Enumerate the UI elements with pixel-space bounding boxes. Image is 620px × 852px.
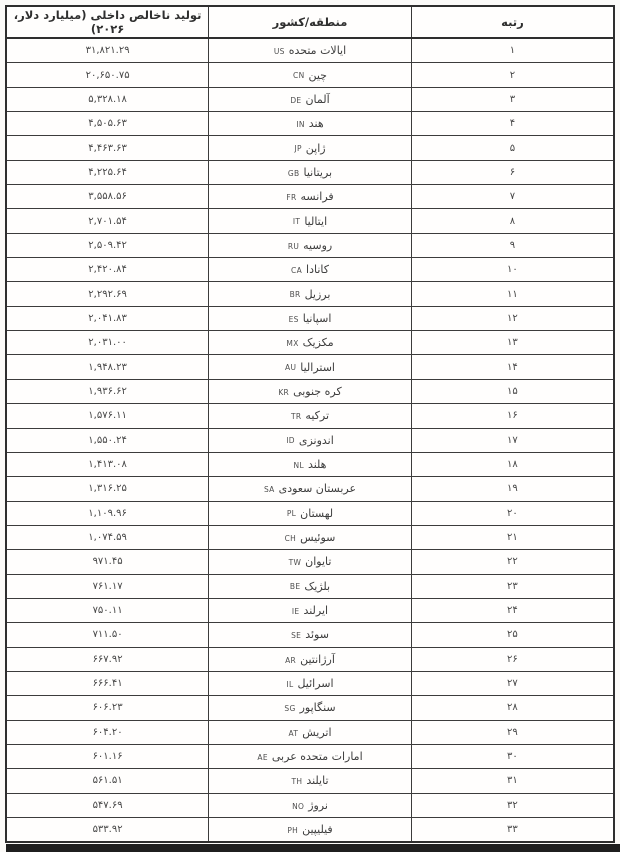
country-code: PL (287, 508, 296, 518)
gdp-value-cell: ۷۵۰.۱۱ (6, 598, 209, 622)
country-wrap: NOنروژ (211, 799, 409, 812)
country-cell: ATاتریش (209, 720, 412, 744)
header-row: رتبه منطقه/کشور تولید ناخالص داخلی (میلی… (6, 6, 614, 38)
table-row: ۳DEآلمان۵,۳۲۸.۱۸ (6, 87, 614, 111)
country-name: تایلند (306, 774, 328, 787)
country-code: MX (286, 338, 298, 348)
rank-cell: ۱۱ (411, 282, 614, 306)
gdp-value-cell: ۶۶۶.۴۱ (6, 671, 209, 695)
country-name: لهستان (300, 507, 333, 520)
country-cell: INهند (209, 112, 412, 136)
gdp-value-cell: ۲,۲۹۲.۶۹ (6, 282, 209, 306)
country-cell: IEایرلند (209, 598, 412, 622)
country-name: نروژ (308, 799, 328, 812)
country-wrap: THتایلند (211, 774, 409, 787)
rank-cell: ۲۵ (411, 623, 614, 647)
country-code: JP (294, 143, 301, 153)
rank-cell: ۳۱ (411, 769, 614, 793)
country-code: GB (288, 168, 300, 178)
gdp-value-cell: ۱,۱۰۹.۹۶ (6, 501, 209, 525)
country-cell: AEامارات متحده عربی (209, 744, 412, 768)
table-row: ۶GBبریتانیا۴,۲۲۵.۶۴ (6, 160, 614, 184)
country-code: CN (293, 70, 304, 80)
country-code: PH (287, 825, 298, 835)
country-name: ایرلند (303, 604, 328, 617)
gdp-value-cell: ۵۳۳.۹۲ (6, 818, 209, 843)
gdp-value-cell: ۶۰۶.۲۳ (6, 696, 209, 720)
table-row: ۱۹SAعربستان سعودی۱,۳۱۶.۲۵ (6, 477, 614, 501)
gdp-value-cell: ۲,۰۳۱.۰۰ (6, 331, 209, 355)
table-row: ۹RUروسیه۲,۵۰۹.۴۲ (6, 233, 614, 257)
country-code: NL (294, 460, 304, 470)
country-cell: ARآرژانتین (209, 647, 412, 671)
country-wrap: CNچین (211, 69, 409, 82)
rank-cell: ۲۲ (411, 550, 614, 574)
country-name: ترکیه (305, 409, 329, 422)
rank-cell: ۴ (411, 112, 614, 136)
table-row: ۱۷IDاندونزی۱,۵۵۰.۲۴ (6, 428, 614, 452)
table-row: ۲۷ILاسرائیل۶۶۶.۴۱ (6, 671, 614, 695)
header-gdp: تولید ناخالص داخلی (میلیارد دلار، ۲۰۲۶) (6, 6, 209, 38)
country-cell: CAکانادا (209, 258, 412, 282)
country-cell: CNچین (209, 63, 412, 87)
rank-cell: ۷ (411, 185, 614, 209)
country-cell: BEبلژیک (209, 574, 412, 598)
country-code: TH (291, 776, 302, 786)
gdp-value-cell: ۲۰,۶۵۰.۷۵ (6, 63, 209, 87)
country-name: اسپانیا (303, 312, 332, 325)
table-row: ۵JPژاپن۴,۴۶۳.۶۳ (6, 136, 614, 160)
table-row: ۱۲ESاسپانیا۲,۰۴۱.۸۳ (6, 306, 614, 330)
country-wrap: TRترکیه (211, 409, 409, 422)
country-wrap: ITایتالیا (211, 215, 409, 228)
country-wrap: FRفرانسه (211, 190, 409, 203)
country-wrap: ESاسپانیا (211, 312, 409, 325)
table-row: ۱۱BRبرزیل۲,۲۹۲.۶۹ (6, 282, 614, 306)
table-row: ۱۳MXمکزیک۲,۰۳۱.۰۰ (6, 331, 614, 355)
country-cell: KRکره جنوبی (209, 379, 412, 403)
rank-cell: ۹ (411, 233, 614, 257)
gdp-value-cell: ۱,۴۱۳.۰۸ (6, 452, 209, 476)
table-row: ۳۰AEامارات متحده عربی۶۰۱.۱۶ (6, 744, 614, 768)
country-wrap: ARآرژانتین (211, 653, 409, 666)
table-row: ۲۸SGسنگاپور۶۰۶.۲۳ (6, 696, 614, 720)
header-rank: رتبه (411, 6, 614, 38)
country-name: امارات متحده عربی (272, 750, 363, 763)
country-cell: TWتایوان (209, 550, 412, 574)
country-name: سوئد (305, 628, 329, 641)
country-wrap: AEامارات متحده عربی (211, 750, 409, 763)
country-wrap: NLهلند (211, 458, 409, 471)
country-code: AE (257, 752, 267, 762)
country-wrap: MXمکزیک (211, 336, 409, 349)
country-cell: DEآلمان (209, 87, 412, 111)
country-name: چین (308, 69, 327, 82)
country-wrap: CHسوئیس (211, 531, 409, 544)
rank-cell: ۲ (411, 63, 614, 87)
gdp-ranking-table: رتبه منطقه/کشور تولید ناخالص داخلی (میلی… (5, 5, 615, 843)
rank-cell: ۳۲ (411, 793, 614, 817)
country-name: ژاپن (306, 142, 326, 155)
country-cell: SAعربستان سعودی (209, 477, 412, 501)
table-row: ۳۲NOنروژ۵۴۷.۶۹ (6, 793, 614, 817)
rank-cell: ۱۸ (411, 452, 614, 476)
country-name: مکزیک (303, 336, 334, 349)
country-code: IT (293, 216, 300, 226)
country-code: TR (291, 411, 301, 421)
country-code: SA (264, 484, 275, 494)
rank-cell: ۱۴ (411, 355, 614, 379)
header-country: منطقه/کشور (209, 6, 412, 38)
country-cell: IDاندونزی (209, 428, 412, 452)
gdp-value-cell: ۱,۰۷۴.۵۹ (6, 525, 209, 549)
country-cell: NOنروژ (209, 793, 412, 817)
country-code: ID (286, 435, 295, 445)
table-row: ۲۳BEبلژیک۷۶۱.۱۷ (6, 574, 614, 598)
country-cell: USایالات متحده (209, 38, 412, 63)
rank-cell: ۵ (411, 136, 614, 160)
country-code: KR (278, 387, 289, 397)
rank-cell: ۲۷ (411, 671, 614, 695)
table-row: ۲۵SEسوئد۷۱۱.۵۰ (6, 623, 614, 647)
table-body: ۱USایالات متحده۳۱,۸۲۱.۲۹۲CNچین۲۰,۶۵۰.۷۵۳… (6, 38, 614, 842)
table-row: ۱۴AUاسترالیا۱,۹۴۸.۲۳ (6, 355, 614, 379)
rank-cell: ۲۰ (411, 501, 614, 525)
gdp-value-cell: ۱,۳۱۶.۲۵ (6, 477, 209, 501)
country-name: ایتالیا (304, 215, 327, 228)
rank-cell: ۳۰ (411, 744, 614, 768)
gdp-value-cell: ۶۰۱.۱۶ (6, 744, 209, 768)
country-code: SG (284, 703, 295, 713)
country-wrap: CAکانادا (211, 263, 409, 276)
country-cell: RUروسیه (209, 233, 412, 257)
gdp-value-cell: ۷۶۱.۱۷ (6, 574, 209, 598)
country-code: ES (289, 314, 299, 324)
rank-cell: ۲۱ (411, 525, 614, 549)
table-row: ۳۳PHفیلیپین۵۳۳.۹۲ (6, 818, 614, 843)
country-name: اتریش (302, 726, 331, 739)
rank-cell: ۲۸ (411, 696, 614, 720)
country-name: بلژیک (304, 580, 330, 593)
country-cell: PLلهستان (209, 501, 412, 525)
country-cell: SGسنگاپور (209, 696, 412, 720)
country-wrap: PLلهستان (211, 507, 409, 520)
country-code: BR (290, 289, 301, 299)
country-code: CA (291, 265, 302, 275)
gdp-value-cell: ۶۶۷.۹۲ (6, 647, 209, 671)
country-cell: BRبرزیل (209, 282, 412, 306)
country-code: BE (290, 581, 300, 591)
country-cell: GBبریتانیا (209, 160, 412, 184)
gdp-value-cell: ۹۷۱.۴۵ (6, 550, 209, 574)
gdp-value-cell: ۲,۵۰۹.۴۲ (6, 233, 209, 257)
country-cell: JPژاپن (209, 136, 412, 160)
country-name: اندونزی (299, 434, 334, 447)
country-name: اسرائیل (297, 677, 333, 690)
country-code: NO (292, 801, 304, 811)
table-row: ۲۱CHسوئیس۱,۰۷۴.۵۹ (6, 525, 614, 549)
country-name: سنگاپور (300, 701, 336, 714)
table-row: ۲۴IEایرلند۷۵۰.۱۱ (6, 598, 614, 622)
country-cell: AUاسترالیا (209, 355, 412, 379)
table-header: رتبه منطقه/کشور تولید ناخالص داخلی (میلی… (6, 6, 614, 38)
country-wrap: PHفیلیپین (211, 823, 409, 836)
rank-cell: ۱۲ (411, 306, 614, 330)
country-name: بریتانیا (303, 166, 332, 179)
country-wrap: BRبرزیل (211, 288, 409, 301)
country-wrap: DEآلمان (211, 93, 409, 106)
gdp-value-cell: ۱,۵۷۶.۱۱ (6, 404, 209, 428)
gdp-value-cell: ۴,۲۲۵.۶۴ (6, 160, 209, 184)
country-code: IE (292, 606, 300, 616)
gdp-value-cell: ۱,۹۴۸.۲۳ (6, 355, 209, 379)
gdp-value-cell: ۱,۹۳۶.۶۲ (6, 379, 209, 403)
country-cell: TRترکیه (209, 404, 412, 428)
country-code: AU (285, 362, 296, 372)
country-code: US (274, 46, 285, 56)
rank-cell: ۱۶ (411, 404, 614, 428)
table-row: ۷FRفرانسه۳,۵۵۸.۵۶ (6, 185, 614, 209)
table-row: ۱۸NLهلند۱,۴۱۳.۰۸ (6, 452, 614, 476)
country-code: SE (291, 630, 301, 640)
country-code: AR (285, 655, 296, 665)
country-name: فرانسه (301, 190, 334, 203)
gdp-value-cell: ۵۴۷.۶۹ (6, 793, 209, 817)
gdp-value-cell: ۵,۳۲۸.۱۸ (6, 87, 209, 111)
country-name: هلند (308, 458, 327, 471)
rank-cell: ۱۳ (411, 331, 614, 355)
country-code: DE (290, 95, 301, 105)
table-row: ۴INهند۴,۵۰۵.۶۳ (6, 112, 614, 136)
table-row: ۲۰PLلهستان۱,۱۰۹.۹۶ (6, 501, 614, 525)
country-name: استرالیا (300, 361, 335, 374)
rank-cell: ۳۳ (411, 818, 614, 843)
rank-cell: ۱۷ (411, 428, 614, 452)
country-wrap: TWتایوان (211, 555, 409, 568)
table-row: ۳۱THتایلند۵۶۱.۵۱ (6, 769, 614, 793)
country-code: RU (288, 241, 299, 251)
country-wrap: INهند (211, 117, 409, 130)
gdp-value-cell: ۳۱,۸۲۱.۲۹ (6, 38, 209, 63)
country-wrap: BEبلژیک (211, 580, 409, 593)
country-wrap: GBبریتانیا (211, 166, 409, 179)
table-row: ۲۶ARآرژانتین۶۶۷.۹۲ (6, 647, 614, 671)
table-row: ۲۹ATاتریش۶۰۴.۲۰ (6, 720, 614, 744)
country-code: FR (286, 192, 296, 202)
page: رتبه منطقه/کشور تولید ناخالص داخلی (میلی… (0, 0, 620, 852)
table-row: ۱۵KRکره جنوبی۱,۹۳۶.۶۲ (6, 379, 614, 403)
country-cell: ILاسرائیل (209, 671, 412, 695)
gdp-value-cell: ۵۶۱.۵۱ (6, 769, 209, 793)
country-code: AT (289, 728, 299, 738)
country-wrap: KRکره جنوبی (211, 385, 409, 398)
country-wrap: IEایرلند (211, 604, 409, 617)
rank-cell: ۲۴ (411, 598, 614, 622)
gdp-value-cell: ۲,۰۴۱.۸۳ (6, 306, 209, 330)
country-cell: PHفیلیپین (209, 818, 412, 843)
country-cell: ITایتالیا (209, 209, 412, 233)
country-cell: MXمکزیک (209, 331, 412, 355)
rank-cell: ۱۵ (411, 379, 614, 403)
country-wrap: AUاسترالیا (211, 361, 409, 374)
country-wrap: SEسوئد (211, 628, 409, 641)
rank-cell: ۶ (411, 160, 614, 184)
country-name: سوئیس (300, 531, 335, 544)
table-row: ۸ITایتالیا۲,۷۰۱.۵۴ (6, 209, 614, 233)
country-name: ایالات متحده (289, 44, 346, 57)
country-name: برزیل (305, 288, 331, 301)
country-wrap: SAعربستان سعودی (211, 482, 409, 495)
country-cell: THتایلند (209, 769, 412, 793)
country-code: CH (285, 533, 296, 543)
country-wrap: RUروسیه (211, 239, 409, 252)
rank-cell: ۱۹ (411, 477, 614, 501)
country-cell: CHسوئیس (209, 525, 412, 549)
table-row: ۲۲TWتایوان۹۷۱.۴۵ (6, 550, 614, 574)
gdp-value-cell: ۳,۵۵۸.۵۶ (6, 185, 209, 209)
table-row: ۱USایالات متحده۳۱,۸۲۱.۲۹ (6, 38, 614, 63)
country-cell: NLهلند (209, 452, 412, 476)
gdp-value-cell: ۴,۵۰۵.۶۳ (6, 112, 209, 136)
country-wrap: USایالات متحده (211, 44, 409, 57)
rank-cell: ۱۰ (411, 258, 614, 282)
gdp-value-cell: ۲,۴۲۰.۸۴ (6, 258, 209, 282)
country-cell: FRفرانسه (209, 185, 412, 209)
bottom-bar (6, 844, 620, 852)
country-name: تایوان (305, 555, 331, 568)
country-name: فیلیپین (302, 823, 333, 836)
country-code: TW (289, 557, 302, 567)
gdp-value-cell: ۴,۴۶۳.۶۳ (6, 136, 209, 160)
country-wrap: SGسنگاپور (211, 701, 409, 714)
country-name: کره جنوبی (293, 385, 342, 398)
rank-cell: ۱ (411, 38, 614, 63)
gdp-value-cell: ۱,۵۵۰.۲۴ (6, 428, 209, 452)
country-name: آلمان (305, 93, 329, 106)
table-row: ۲CNچین۲۰,۶۵۰.۷۵ (6, 63, 614, 87)
rank-cell: ۳ (411, 87, 614, 111)
country-name: آرژانتین (300, 653, 335, 666)
table-row: ۱۰CAکانادا۲,۴۲۰.۸۴ (6, 258, 614, 282)
gdp-value-cell: ۶۰۴.۲۰ (6, 720, 209, 744)
country-name: کانادا (306, 263, 329, 276)
rank-cell: ۲۳ (411, 574, 614, 598)
country-wrap: ILاسرائیل (211, 677, 409, 690)
country-wrap: IDاندونزی (211, 434, 409, 447)
country-name: روسیه (303, 239, 332, 252)
gdp-value-cell: ۲,۷۰۱.۵۴ (6, 209, 209, 233)
country-code: IN (296, 119, 304, 129)
country-cell: ESاسپانیا (209, 306, 412, 330)
rank-cell: ۸ (411, 209, 614, 233)
rank-cell: ۲۶ (411, 647, 614, 671)
gdp-value-cell: ۷۱۱.۵۰ (6, 623, 209, 647)
country-name: عربستان سعودی (279, 482, 356, 495)
country-wrap: ATاتریش (211, 726, 409, 739)
country-cell: SEسوئد (209, 623, 412, 647)
country-name: هند (309, 117, 324, 130)
table-row: ۱۶TRترکیه۱,۵۷۶.۱۱ (6, 404, 614, 428)
country-wrap: JPژاپن (211, 142, 409, 155)
country-code: IL (286, 679, 293, 689)
rank-cell: ۲۹ (411, 720, 614, 744)
